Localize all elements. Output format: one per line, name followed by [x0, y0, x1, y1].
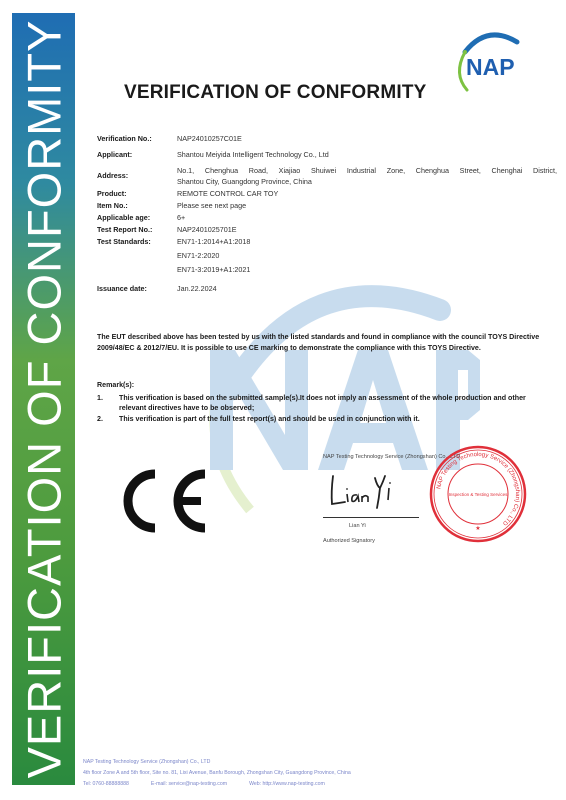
remark-text: This verification is part of the full te… — [119, 414, 420, 425]
footer-email[interactable]: E-mail: service@nap-testing.com — [151, 779, 227, 790]
field-label: Applicant: — [97, 149, 177, 161]
field-item-no: Item No.: Please see next page — [97, 200, 557, 212]
side-banner-text: VERIFICATION OF CONFORMITY — [16, 20, 71, 779]
field-value: Please see next page — [177, 200, 557, 212]
nap-logo: NAP — [447, 24, 539, 100]
handwritten-signature — [325, 470, 395, 512]
address-line-2: Shantou City, Guangdong Province, China — [177, 176, 557, 188]
field-verification-no: Verification No.: NAP24010257C01E — [97, 133, 557, 145]
field-value: Shantou Meiyida Intelligent Technology C… — [177, 149, 557, 161]
remark-item: 2. This verification is part of the full… — [97, 414, 542, 425]
svg-text:NAP: NAP — [466, 54, 515, 80]
remarks-heading: Remark(s): — [97, 380, 542, 391]
field-value: REMOTE CONTROL CAR TOY — [177, 188, 557, 200]
ce-mark-icon — [115, 466, 213, 536]
footer-address: 4th floor Zone A and 5th floor, Site no.… — [83, 768, 351, 779]
side-banner: VERIFICATION OF CONFORMITY — [12, 13, 75, 785]
footer: NAP Testing Technology Service (Zhongsha… — [83, 757, 351, 790]
field-product: Product: REMOTE CONTROL CAR TOY — [97, 188, 557, 200]
field-applicant: Applicant: Shantou Meiyida Intelligent T… — [97, 149, 557, 161]
field-applicable-age: Applicable age: 6+ — [97, 212, 557, 224]
remark-text: This verification is based on the submit… — [119, 393, 542, 414]
test-standard: EN71-3:2019+A1:2021 — [177, 263, 557, 277]
field-value: NAP2401025701E — [177, 224, 557, 236]
field-issuance-date: Issuance date: Jan.22.2024 — [97, 283, 557, 295]
certificate-fields: Verification No.: NAP24010257C01E Applic… — [97, 133, 557, 295]
field-test-report-no: Test Report No.: NAP2401025701E — [97, 224, 557, 236]
signatory-role: Authorized Signatory — [323, 538, 375, 544]
compliance-statement: The EUT described above has been tested … — [97, 332, 542, 354]
signatory-name: Lian Yi — [349, 523, 366, 529]
company-stamp: NAP Testing Technology Service (Zhongsha… — [428, 444, 528, 544]
address-line-1: No.1, Chenghua Road, Xiajiao Shuiwei Ind… — [177, 165, 557, 177]
field-value: Jan.22.2024 — [177, 283, 557, 295]
remarks-section: Remark(s): 1. This verification is based… — [97, 380, 542, 424]
test-standard: EN71-1:2014+A1:2018 — [177, 235, 557, 249]
remark-item: 1. This verification is based on the sub… — [97, 393, 542, 414]
svg-text:Inspection & Testing Services: Inspection & Testing Services — [449, 492, 508, 497]
remark-number: 2. — [97, 414, 119, 425]
footer-tel: Tel: 0760-88888888 — [83, 779, 129, 790]
field-label: Verification No.: — [97, 133, 177, 145]
footer-web[interactable]: Web: http://www.nap-testing.com — [249, 779, 325, 790]
signature-line — [323, 517, 419, 518]
footer-company: NAP Testing Technology Service (Zhongsha… — [83, 757, 351, 768]
field-label: Item No.: — [97, 200, 177, 212]
footer-contact: Tel: 0760-88888888 E-mail: service@nap-t… — [83, 779, 351, 790]
svg-text:★: ★ — [475, 525, 480, 532]
field-value: NAP24010257C01E — [177, 133, 557, 145]
field-label: Address: — [97, 165, 177, 189]
test-standard: EN71-2:2020 — [177, 249, 557, 263]
field-address: Address: No.1, Chenghua Road, Xiajiao Sh… — [97, 165, 557, 189]
page-title: VERIFICATION OF CONFORMITY — [124, 82, 427, 104]
field-label: Issuance date: — [97, 283, 177, 295]
remark-number: 1. — [97, 393, 119, 414]
field-label: Test Report No.: — [97, 224, 177, 236]
field-value: 6+ — [177, 212, 557, 224]
field-label: Product: — [97, 188, 177, 200]
field-label: Test Standards: — [97, 235, 177, 277]
field-label: Applicable age: — [97, 212, 177, 224]
field-test-standards: Test Standards: EN71-1:2014+A1:2018 EN71… — [97, 235, 557, 277]
